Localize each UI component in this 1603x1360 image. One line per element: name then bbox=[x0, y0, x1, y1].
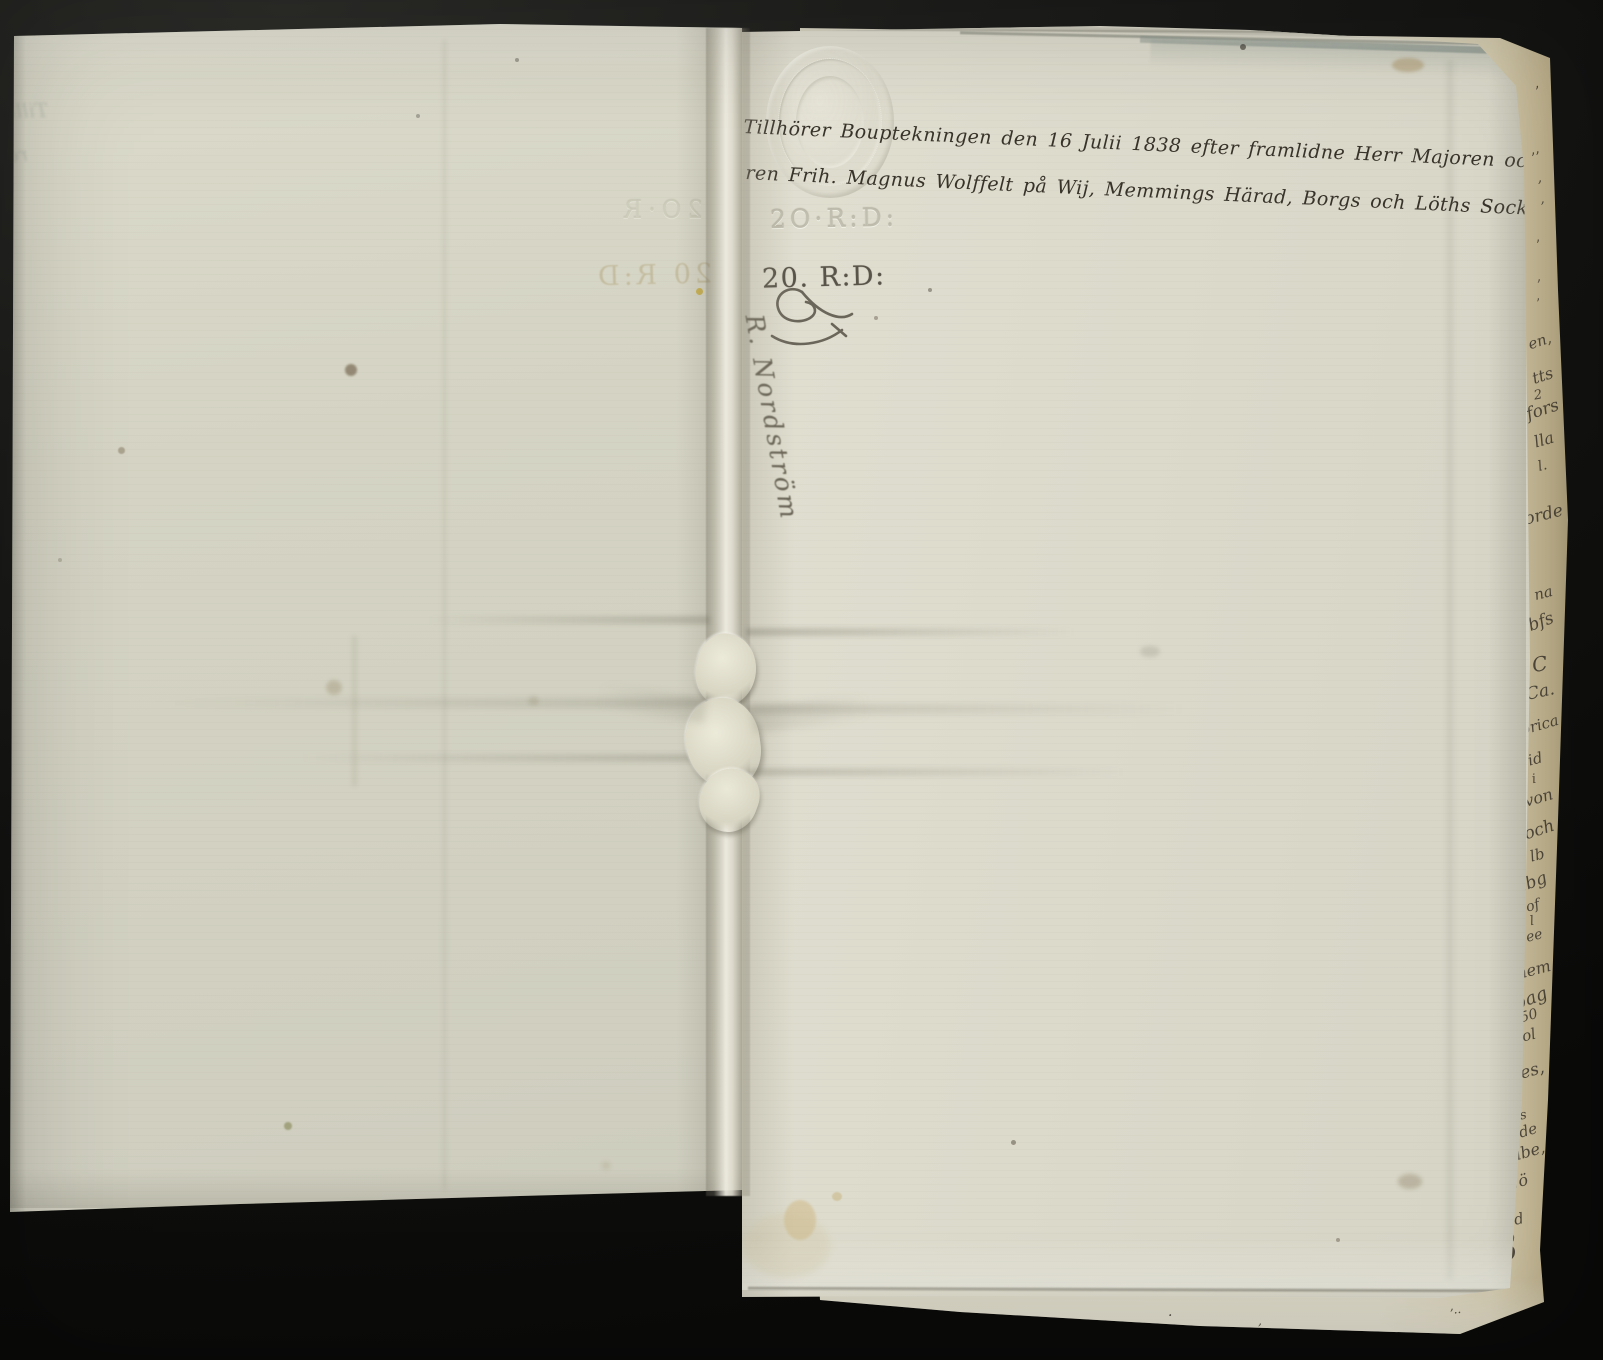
foxing-spot bbox=[928, 288, 932, 292]
edge-text-fragment: C bbox=[1530, 651, 1549, 677]
right-edge-shading bbox=[1488, 60, 1526, 1290]
stain bbox=[832, 1192, 842, 1201]
left-page-top-highlight bbox=[0, 24, 742, 76]
foxing-spot bbox=[284, 1122, 292, 1130]
foxing-spot bbox=[58, 558, 62, 562]
edge-text-fragment: i bbox=[1531, 772, 1538, 787]
edge-text-fragment: bfs bbox=[1525, 608, 1556, 636]
archival-scan: ’’’‚‚’‚’en,tts2forsllal.ordenabfsCCa.bri… bbox=[0, 0, 1603, 1360]
edge-text-fragment: ’ bbox=[1535, 296, 1542, 311]
edge-text-fragment: tts bbox=[1530, 363, 1556, 388]
foxing-spot bbox=[118, 447, 125, 454]
vertical-crease bbox=[441, 40, 448, 1190]
bottom-light-band bbox=[742, 1238, 1522, 1290]
vertical-crease bbox=[352, 636, 357, 786]
left-page-left-shadow bbox=[10, 30, 26, 1215]
foxing-spot bbox=[1336, 1238, 1340, 1242]
foxing-spot bbox=[345, 364, 357, 376]
edge-text-fragment: id bbox=[1526, 749, 1544, 770]
edge-text-fragment: l. bbox=[1536, 457, 1549, 475]
vertical-tone-line bbox=[1444, 60, 1456, 1280]
foxing-spot bbox=[1140, 646, 1160, 657]
left-page-bottom-shadow bbox=[8, 1168, 742, 1208]
foxing-spot bbox=[416, 114, 420, 118]
stain bbox=[1398, 1174, 1422, 1189]
edge-text-fragment: ‚ bbox=[1536, 170, 1543, 187]
edge-text-fragment: ’·· bbox=[1449, 1305, 1462, 1320]
edge-text-fragment: lla bbox=[1532, 428, 1556, 452]
foxing-spot bbox=[874, 316, 878, 320]
foxing-spot bbox=[528, 696, 539, 706]
edge-text-fragment: ee bbox=[1524, 926, 1544, 946]
edge-text-fragment: ‚ bbox=[1258, 1314, 1262, 1328]
edge-text-fragment: fors bbox=[1524, 395, 1562, 424]
edge-text-fragment: ’ bbox=[1535, 238, 1543, 254]
horizontal-crease bbox=[428, 616, 710, 624]
foxing-spot bbox=[326, 680, 342, 695]
foxing-spot bbox=[1011, 1140, 1016, 1145]
foxing-spot bbox=[515, 58, 519, 62]
foxing-spot bbox=[1240, 44, 1246, 50]
horizontal-crease bbox=[300, 754, 710, 762]
edge-text-fragment: ’ bbox=[1534, 84, 1542, 101]
edge-text-fragment: ‚ bbox=[1534, 270, 1542, 286]
edge-text-fragment: lb bbox=[1528, 845, 1546, 866]
stain bbox=[1392, 58, 1424, 72]
edge-text-fragment: · bbox=[1168, 1308, 1172, 1324]
stain bbox=[744, 1214, 830, 1278]
edge-text-fragment: na bbox=[1532, 582, 1554, 604]
horizontal-crease bbox=[746, 768, 1126, 776]
edge-text-fragment: en, bbox=[1526, 329, 1554, 353]
horizontal-crease bbox=[746, 628, 1076, 636]
edge-text-fragment: orde bbox=[1522, 501, 1565, 530]
edge-text-fragment: ‚ bbox=[1539, 192, 1546, 207]
edge-text-fragment: ’’ bbox=[1530, 149, 1543, 167]
fold-ridge bbox=[706, 28, 750, 1196]
foxing-spot bbox=[601, 1161, 611, 1170]
